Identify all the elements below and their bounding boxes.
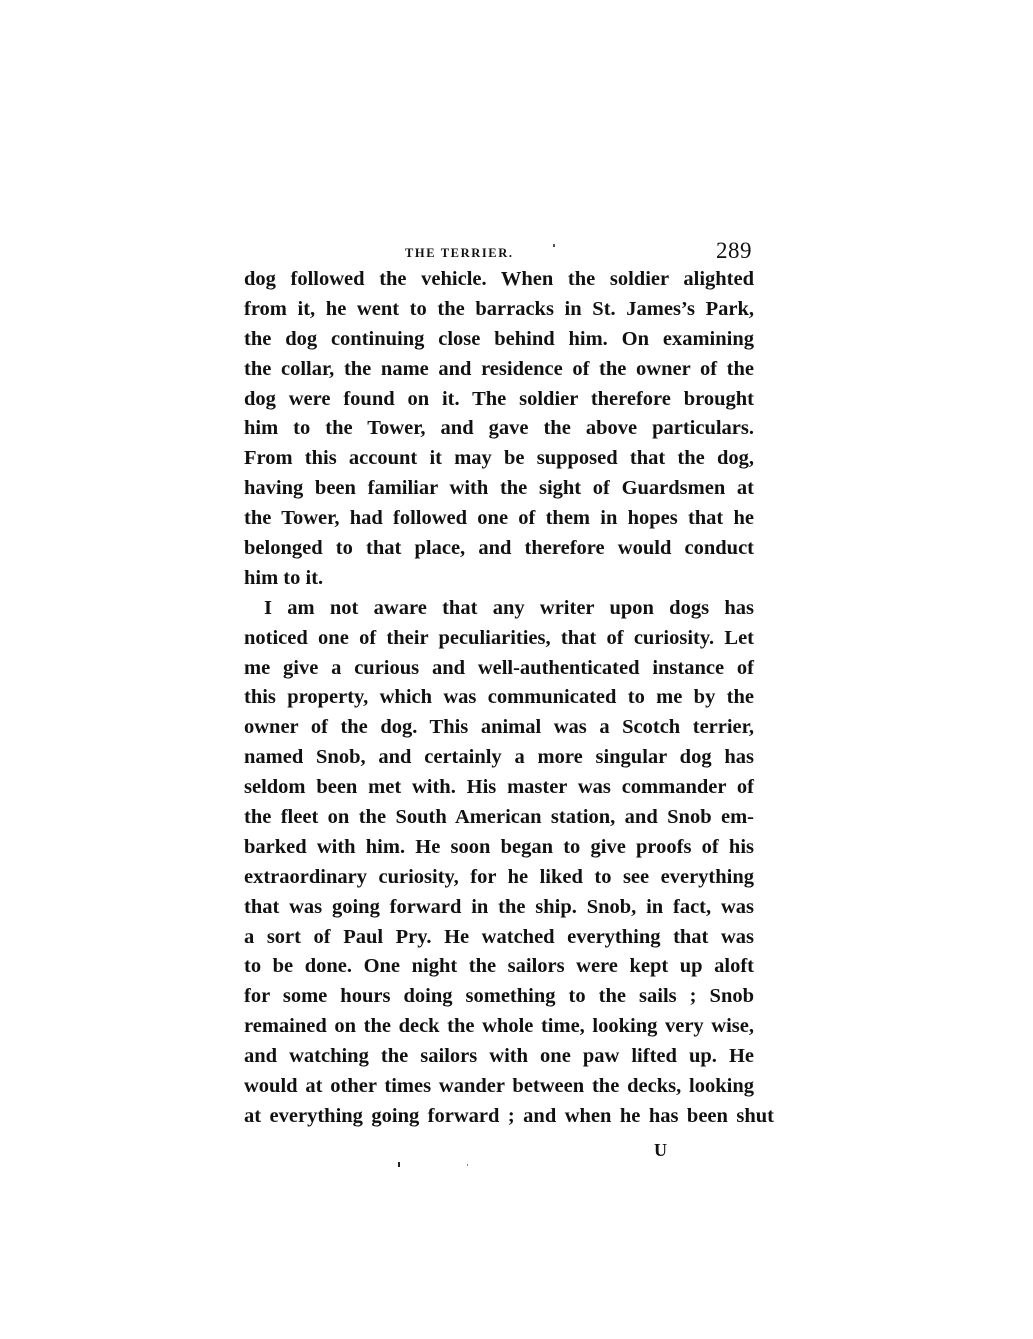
text-line: the dog continuing close behind him. On …: [244, 325, 754, 355]
page-number: 289: [716, 238, 752, 264]
text-line: named Snob, and certainly a more singula…: [244, 743, 754, 773]
book-page: THE TERRIER. 289 dog followed the vehicl…: [0, 0, 1033, 1339]
text-line: noticed one of their peculiarities, that…: [244, 624, 754, 654]
text-line: owner of the dog. This animal was a Scot…: [244, 713, 754, 743]
text-line: at everything going forward ; and when h…: [244, 1102, 774, 1132]
text-line: to be done. One night the sailors were k…: [244, 952, 754, 982]
text-line: extraordinary curiosity, for he liked to…: [244, 863, 754, 893]
text-line: him to the Tower, and gave the above par…: [244, 414, 754, 444]
signature-mark: U: [654, 1140, 667, 1161]
body-text: dog followed the vehicle. When the soldi…: [244, 265, 754, 1132]
text-line: me give a curious and well-authenticated…: [244, 654, 754, 684]
text-line: belonged to that place, and therefore wo…: [244, 534, 754, 564]
text-line: seldom been met with. His master was com…: [244, 773, 754, 803]
text-line: would at other times wander between the …: [244, 1072, 754, 1102]
text-line: for some hours doing something to the sa…: [244, 982, 754, 1012]
text-line: him to it.: [244, 564, 754, 594]
running-head: THE TERRIER. 289: [244, 242, 752, 266]
text-line: dog followed the vehicle. When the soldi…: [244, 265, 754, 295]
print-speck: [553, 244, 555, 247]
text-line: the Tower, had followed one of them in h…: [244, 504, 754, 534]
paragraph-start-line: I am not aware that any writer upon dogs…: [244, 594, 754, 624]
text-line: remained on the deck the whole time, loo…: [244, 1012, 754, 1042]
text-line: dog were found on it. The soldier theref…: [244, 385, 754, 415]
text-line: from it, he went to the barracks in St. …: [244, 295, 754, 325]
text-line: having been familiar with the sight of G…: [244, 474, 754, 504]
text-line: and watching the sailors with one paw li…: [244, 1042, 754, 1072]
running-title: THE TERRIER.: [405, 246, 514, 261]
text-line: barked with him. He soon began to give p…: [244, 833, 754, 863]
text-line: this property, which was communicated to…: [244, 683, 754, 713]
print-speck: [398, 1162, 400, 1167]
print-speck: [467, 1164, 468, 1166]
text-line: the collar, the name and residence of th…: [244, 355, 754, 385]
text-line: the fleet on the South American station,…: [244, 803, 754, 833]
text-line: From this account it may be supposed tha…: [244, 444, 754, 474]
text-line: that was going forward in the ship. Snob…: [244, 893, 754, 923]
text-line: a sort of Paul Pry. He watched everythin…: [244, 923, 754, 953]
